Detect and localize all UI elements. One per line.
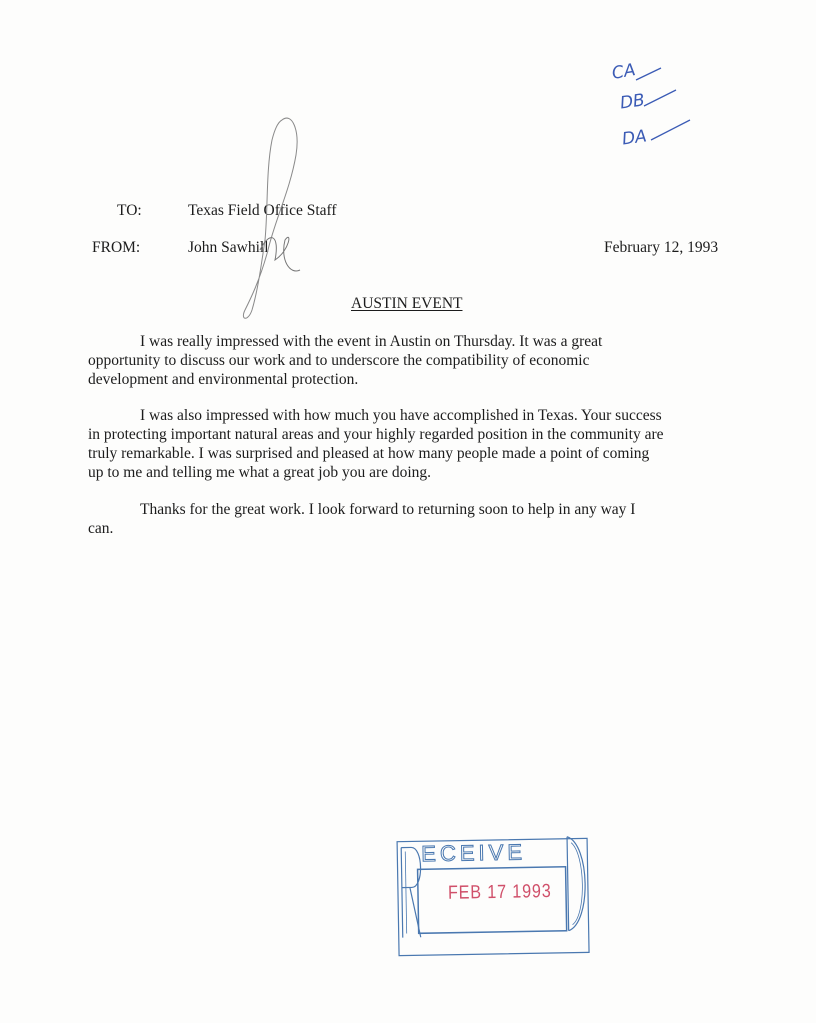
text-line: in protecting important natural areas an… bbox=[88, 425, 738, 444]
text-line: truly remarkable. I was surprised and pl… bbox=[88, 444, 738, 463]
body-paragraph-3: Thanks for the great work. I look forwar… bbox=[88, 500, 738, 538]
text-line: can. bbox=[88, 519, 738, 538]
body-paragraph-1: I was really impressed with the event in… bbox=[88, 332, 738, 389]
body-paragraph-2: I was also impressed with how much you h… bbox=[88, 406, 738, 482]
text-line: Thanks for the great work. I look forwar… bbox=[88, 500, 738, 519]
text-line: I was also impressed with how much you h… bbox=[88, 406, 738, 425]
memo-subject: AUSTIN EVENT bbox=[351, 295, 463, 313]
signature-initials bbox=[230, 110, 320, 325]
to-label: TO: bbox=[117, 201, 142, 220]
text-line: development and environmental protection… bbox=[88, 370, 738, 389]
text-line: opportunity to discuss our work and to u… bbox=[88, 351, 738, 370]
routing-dashes bbox=[606, 58, 716, 158]
received-stamp: ECEIVE FEB 17 1993 bbox=[395, 824, 593, 961]
memo-date: February 12, 1993 bbox=[604, 238, 718, 257]
from-label: FROM: bbox=[92, 238, 140, 257]
routing-annotations: CA DB DA bbox=[606, 58, 716, 158]
text-line: up to me and telling me what a great job… bbox=[88, 463, 738, 482]
stamp-date: FEB 17 1993 bbox=[448, 881, 552, 905]
text-line: I was really impressed with the event in… bbox=[88, 332, 738, 351]
stamp-word: ECEIVE bbox=[421, 839, 526, 867]
